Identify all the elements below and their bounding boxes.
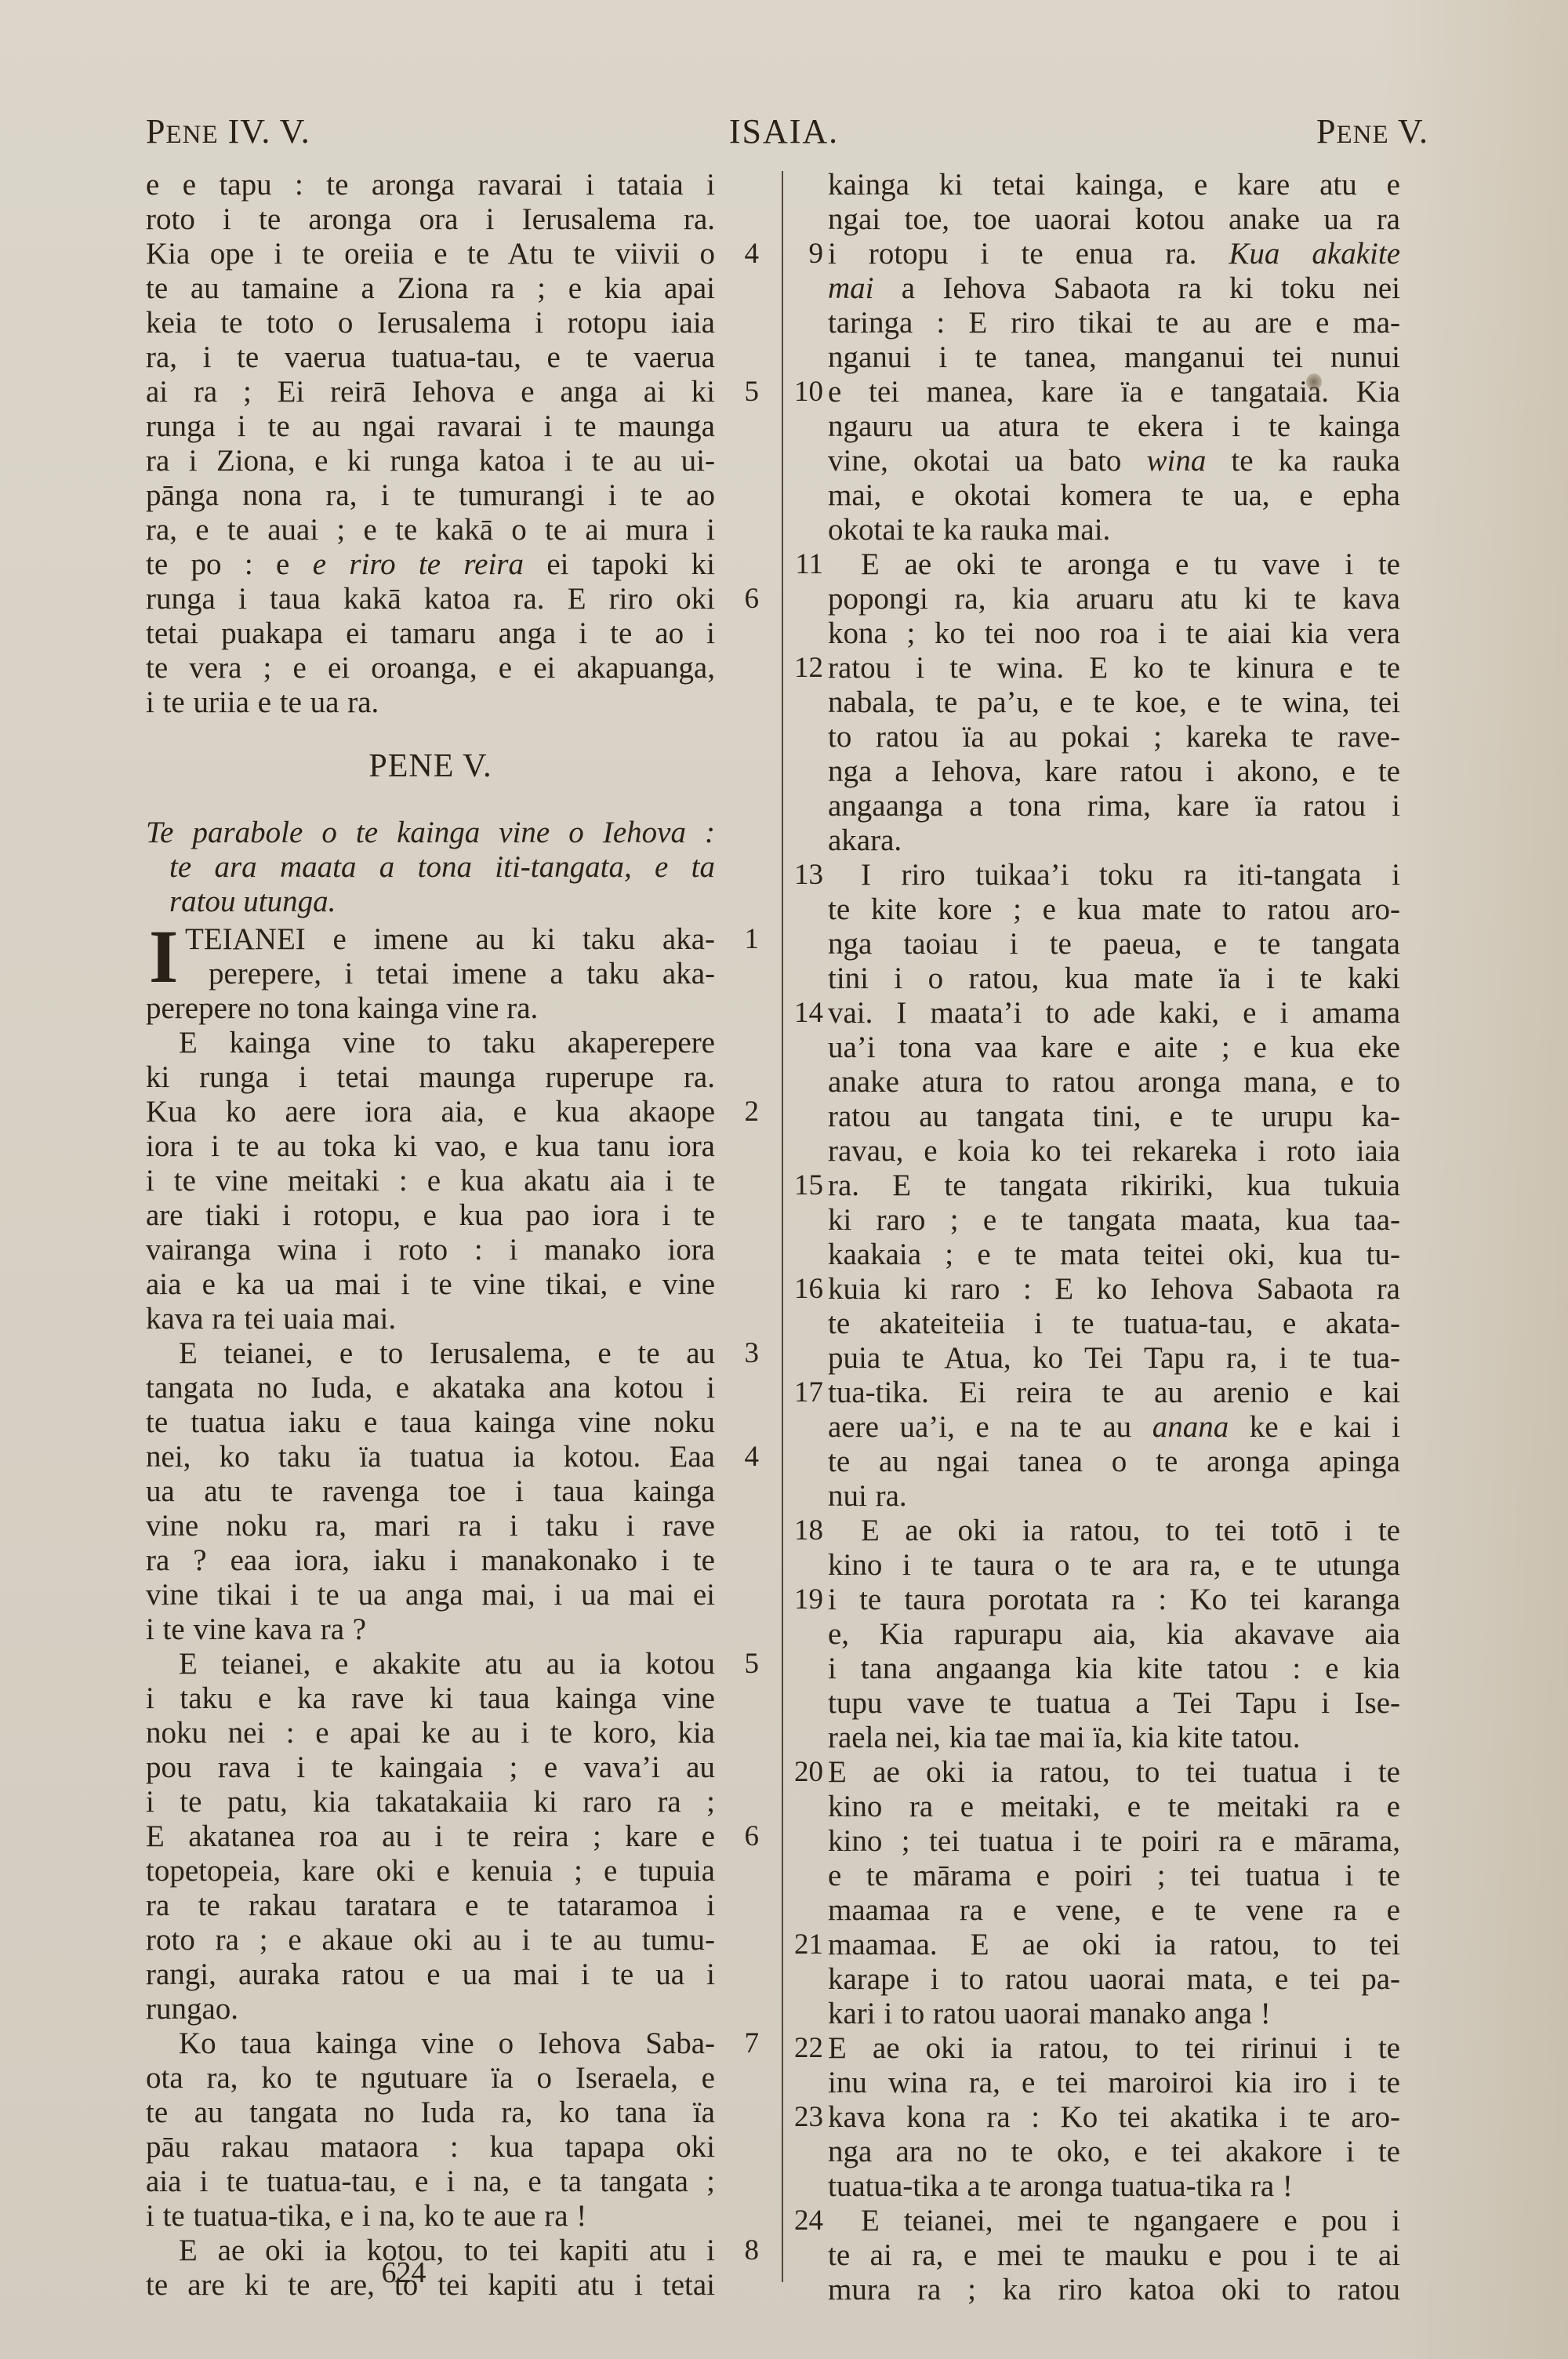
text-line: kino ra e meitaki, e te meitaki ra e — [828, 1790, 1400, 1824]
text-line: okotai te ka rauka mai. — [828, 513, 1400, 547]
text-line: i te taura porotata ra : Ko tei karanga — [828, 1583, 1400, 1617]
verse-number: 19 — [784, 1583, 823, 1617]
text-line: nabala, te pa’u, e te koe, e te wina, te… — [828, 685, 1400, 720]
first-verse-line-1: TEIANEI e imene au ki taku aka- — [185, 922, 715, 957]
text-line: vine, okotai ua bato wina te ka rauka — [828, 444, 1400, 478]
text-line: te po : e e riro te reira ei tapoki ki — [146, 547, 715, 582]
verse-number: 3 — [723, 1336, 759, 1371]
text-line: maamaa. E ae oki ia ratou, to tei — [828, 1928, 1400, 1962]
text-line: pāu rakau mataora : kua tapapa oki — [146, 2130, 715, 2165]
first-verse-line-2: perepere, i tetai imene a taku aka- — [209, 957, 715, 991]
text-line: rangi, auraka ratou e ua mai i te ua i — [146, 1957, 715, 1992]
text-line: mura ra ; ka riro katoa oki to ratou — [828, 2273, 1400, 2307]
text-line: te akateiteiia i te tuatua-tau, e akata- — [828, 1307, 1400, 1341]
text-line: i te vine meitaki : e kua akatu aia i te — [146, 1164, 715, 1198]
text-line: karape i to ratou uaorai mata, e tei pa- — [828, 1962, 1400, 1997]
text-line: ra i Ziona, e ki runga katoa i te au ui- — [146, 444, 715, 478]
text-line: ra, e te auai ; e te kakā o te ai mura i — [146, 513, 715, 547]
text-line: aia e ka ua mai i te vine tikai, e vine — [146, 1267, 715, 1302]
verse-number: 22 — [784, 2031, 823, 2066]
text-line: te vera ; e ei oroanga, e ei akapuanga, — [146, 651, 715, 685]
text-line: kino i te taura o te ara ra, e te utunga — [828, 1548, 1400, 1583]
text-line: kino ; tei tuatua i te poiri ra e mārama… — [828, 1824, 1400, 1859]
text-line: i tana angaanga kia kite tatou : e kia — [828, 1652, 1400, 1686]
text-line: te tuatua iaku e taua kainga vine noku — [146, 1405, 715, 1440]
column-divider — [782, 171, 783, 2282]
text-line: nui ra. — [828, 1479, 1400, 1514]
text-line: ratou au tangata tini, e te urupu ka- — [828, 1100, 1400, 1134]
text-line: Kua ko aere iora aia, e kua akaope — [146, 1095, 715, 1129]
text-line: kaakaia ; e te mata teitei oki, kua tu- — [828, 1238, 1400, 1272]
text-line: raela nei, kia tae mai ïa, kia kite tato… — [828, 1721, 1400, 1755]
chapter-summary-line: Te parabole o te kainga vine o Iehova : — [146, 816, 715, 850]
text-line: akara. — [828, 823, 1400, 858]
text-line: angaanga a tona rima, kare ïa ratou i — [828, 789, 1400, 823]
text-line: vairanga wina i roto : i manako iora — [146, 1233, 715, 1267]
text-line: are tiaki i rotopu, e kua pao iora i te — [146, 1198, 715, 1233]
verse-number: 10 — [784, 375, 823, 409]
text-line: E teianei, mei te ngangaere e pou i — [828, 2204, 1400, 2238]
verse-number: 1 — [723, 922, 759, 957]
text-line: roto i te aronga ora i Ierusalema ra. — [146, 202, 715, 237]
text-line: E ae oki ia ratou, to tei totō i te — [828, 1514, 1400, 1548]
text-line: tetai puakapa ei tamaru anga i te ao i — [146, 616, 715, 651]
text-line: pou rava i te kaingaia ; e vava’i au — [146, 1750, 715, 1785]
text-line: ki runga i tetai maunga ruperupe ra. — [146, 1060, 715, 1095]
verse-number: 7 — [723, 2026, 759, 2061]
text-line: E ae oki ia ratou, to tei ririnui i te — [828, 2031, 1400, 2066]
text-line: i te patu, kia takatakaiia ki raro ra ; — [146, 1785, 715, 1819]
text-line: anake atura to ratou aronga mana, e to — [828, 1065, 1400, 1100]
text-line: ra te rakau taratara e te tataramoa i — [146, 1888, 715, 1923]
text-line: i rotopu i te enua ra. Kua akakite — [828, 237, 1400, 271]
text-line: nga ara no te oko, e tei akakore i te — [828, 2135, 1400, 2169]
verse-number: 5 — [723, 375, 759, 409]
text-line: tangata no Iuda, e akataka ana kotou i — [146, 1371, 715, 1405]
header-right-word: PENE — [1316, 112, 1389, 151]
text-line: tupu vave te tuatua a Tei Tapu i Ise- — [828, 1686, 1400, 1721]
text-line: vine tikai i te ua anga mai, i ua mai ei — [146, 1578, 715, 1612]
verse-number: 17 — [784, 1376, 823, 1410]
running-header-right: PENE V. — [1316, 111, 1428, 151]
text-line: te kite kore ; e kua mate to ratou aro- — [828, 892, 1400, 927]
text-line: maamaa ra e vene, e te vene ra e — [828, 1893, 1400, 1928]
text-line: ota ra, ko te ngutuare ïa o Iseraela, e — [146, 2061, 715, 2095]
text-line: ai ra ; Ei reirā Iehova e anga ai ki — [146, 375, 715, 409]
text-line: ratou i te wina. E ko te kinura e te — [828, 651, 1400, 685]
text-line: e te mārama e poiri ; tei tuatua i te — [828, 1859, 1400, 1893]
text-line: ngai toe, toe uaorai kotou anake ua ra — [828, 202, 1400, 237]
page-number: 624 — [0, 2255, 808, 2290]
text-line: vai. I maata’i to ade kaki, e i amama — [828, 996, 1400, 1030]
text-line: Kia ope i te oreiia e te Atu te viivii o — [146, 237, 715, 271]
text-line: puia te Atua, ko Tei Tapu ra, i te tua- — [828, 1341, 1400, 1376]
verse-number: 12 — [784, 651, 823, 685]
text-line: mai, e okotai komera te ua, e epha — [828, 478, 1400, 513]
verse-number: 9 — [784, 237, 823, 271]
verse-number: 4 — [723, 1440, 759, 1474]
text-line: runga i te au ngai ravarai i te maunga — [146, 409, 715, 444]
text-line: E akatanea roa au i te reira ; kare e — [146, 1819, 715, 1854]
text-line: runga i taua kakā katoa ra. E riro oki — [146, 582, 715, 616]
text-line: topetopeia, kare oki e kenuia ; e tupuia — [146, 1854, 715, 1888]
text-line: tua-tika. Ei reira te au arenio e kai — [828, 1376, 1400, 1410]
text-line: te au tamaine a Ziona ra ; e kia apai — [146, 271, 715, 306]
verse-number: 5 — [723, 1647, 759, 1681]
verse-number: 11 — [784, 547, 823, 582]
text-line: i te tuatua-tika, e i na, ko te aue ra ! — [146, 2199, 715, 2234]
text-line: e e tapu : te aronga ravarai i tataia i — [146, 168, 715, 202]
text-line: ravau, e koia ko tei rekareka i roto iai… — [828, 1134, 1400, 1169]
text-line: e, Kia rapurapu aia, kia akavave aia — [828, 1617, 1400, 1652]
header-right-numerals: V. — [1398, 112, 1428, 151]
text-line: ra, i te vaerua tuatua-tau, e te vaerua — [146, 340, 715, 375]
text-line: E teianei, e to Ierusalema, e te au — [146, 1336, 715, 1371]
text-line: iora i te au toka ki vao, e kua tanu ior… — [146, 1129, 715, 1164]
text-line: kuia ki raro : E ko Iehova Sabaota ra — [828, 1272, 1400, 1307]
text-line: E ae oki ia ratou, to tei tuatua i te — [828, 1755, 1400, 1790]
text-line: Ko taua kainga vine o Iehova Saba- — [146, 2026, 715, 2061]
verse-number: 15 — [784, 1169, 823, 1203]
text-line: taringa : E riro tikai te au are e ma- — [828, 306, 1400, 340]
text-line: rungao. — [146, 1992, 715, 2026]
chapter-summary-line: te ara maata a tona iti-tangata, e ta — [146, 850, 715, 885]
verse-number: 6 — [723, 1819, 759, 1854]
text-line: ngauru ua atura te ekera i te kainga — [828, 409, 1400, 444]
verse-number: 21 — [784, 1928, 823, 1962]
text-line: te ai ra, e mei te mauku e pou i te ai — [828, 2238, 1400, 2273]
verse-number: 18 — [784, 1514, 823, 1548]
verse-number: 20 — [784, 1755, 823, 1790]
text-line: roto ra ; e akaue oki au i te au tumu- — [146, 1923, 715, 1957]
verse-number: 2 — [723, 1095, 759, 1129]
book-page: PENE IV. V. ISAIA. PENE V. e e tapu : te… — [0, 0, 1568, 2359]
text-line: ki raro ; e te tangata maata, kua taa- — [828, 1203, 1400, 1238]
text-line: nga taoiau i te paeua, e te tangata — [828, 927, 1400, 961]
text-line: ra. E te tangata rikiriki, kua tukuia — [828, 1169, 1400, 1203]
verse-number: 23 — [784, 2100, 823, 2135]
text-line: kari i to ratou uaorai manako anga ! — [828, 1997, 1400, 2031]
text-line: noku nei : e apai ke au i te koro, kia — [146, 1716, 715, 1750]
verse-number: 24 — [784, 2204, 823, 2238]
first-verse-line-3: perepere no tona kainga vine ra. — [146, 991, 715, 1026]
verse-number: 13 — [784, 858, 823, 892]
text-line: i te vine kava ra ? — [146, 1612, 715, 1647]
text-line: E teianei, e akakite atu au ia kotou — [146, 1647, 715, 1681]
text-line: i taku e ka rave ki taua kainga vine — [146, 1681, 715, 1716]
text-line: ua’i tona vaa kare e aite ; e kua eke — [828, 1030, 1400, 1065]
drop-cap: I — [149, 919, 178, 994]
text-line: ua atu te ravenga toe i taua kainga — [146, 1474, 715, 1509]
text-line: kainga ki tetai kainga, e kare atu e — [828, 168, 1400, 202]
text-line: E ae oki te aronga e tu vave i te — [828, 547, 1400, 582]
text-line: ra ? eaa iora, iaku i manakonako i te — [146, 1543, 715, 1578]
text-line: keia te toto o Ierusalema i rotopu iaia — [146, 306, 715, 340]
text-line: kona ; ko tei noo roa i te aiai kia vera — [828, 616, 1400, 651]
verse-number: 6 — [723, 582, 759, 616]
text-line: kava ra tei uaia mai. — [146, 1302, 715, 1336]
text-line: i te uriia e te ua ra. — [146, 685, 715, 720]
text-line: nei, ko taku ïa tuatua ia kotou. Eaa — [146, 1440, 715, 1474]
text-line: tuatua-tika a te aronga tuatua-tika ra ! — [828, 2169, 1400, 2204]
text-line: I riro tuikaa’i toku ra iti-tangata i — [828, 858, 1400, 892]
text-line: kava kona ra : Ko tei akatika i te aro- — [828, 2100, 1400, 2135]
text-line: mai a Iehova Sabaota ra ki toku nei — [828, 271, 1400, 306]
text-line: te au tangata no Iuda ra, ko tana ïa — [146, 2095, 715, 2130]
text-line: nga a Iehova, kare ratou i akono, e te — [828, 754, 1400, 789]
text-line: pānga nona ra, i te tumurangi i te ao — [146, 478, 715, 513]
text-line: inu wina ra, e tei maroiroi kia iro i te — [828, 2066, 1400, 2100]
text-line: tini i o ratou, kua mate ïa i te kaki — [828, 961, 1400, 996]
text-line: aia i te tuatua-tau, e i na, e ta tangat… — [146, 2165, 715, 2199]
chapter-heading: PENE V. — [146, 747, 715, 786]
text-line: vine noku ra, mari ra i taku i rave — [146, 1509, 715, 1543]
text-line: popongi ra, kia aruaru atu ki te kava — [828, 582, 1400, 616]
text-line: to ratou ïa au pokai ; kareka te rave- — [828, 720, 1400, 754]
verse-number: 16 — [784, 1272, 823, 1307]
text-line: E kainga vine to taku akaperepere — [146, 1026, 715, 1060]
text-line: nganui i te tanea, manganui tei nunui — [828, 340, 1400, 375]
paper-stain — [1306, 373, 1322, 391]
text-line: aere ua’i, e na te au anana ke e kai i — [828, 1410, 1400, 1445]
verse-number: 14 — [784, 996, 823, 1030]
chapter-summary-line: ratou utunga. — [146, 885, 715, 919]
text-line: te au ngai tanea o te aronga apinga — [828, 1445, 1400, 1479]
verse-number: 4 — [723, 237, 759, 271]
